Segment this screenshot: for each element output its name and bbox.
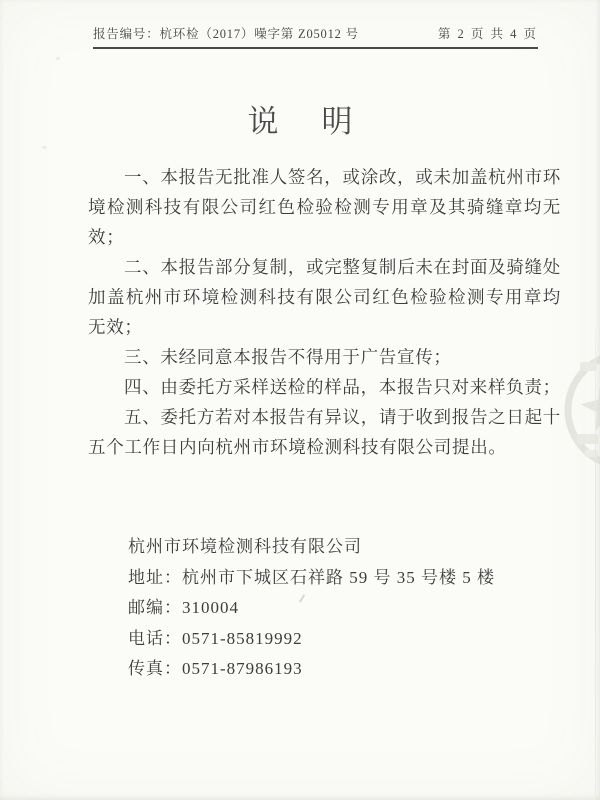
page-indicator: 第 2 页 共 4 页 [438,24,538,42]
notes-body: 一、本报告无批准人签名，或涂改，或未加盖杭州市环境检测科技有限公司红色检验检测专… [88,162,561,462]
note-paragraph-4: 四、由委托方采样送检的样品，本报告只对来样负责； [88,372,561,402]
scan-edge-line [595,330,596,800]
note-paragraph-1: 一、本报告无批准人签名，或涂改，或未加盖杭州市环境检测科技有限公司红色检验检测专… [88,162,561,252]
note-paragraph-2: 二、本报告部分复制，或完整复制后未在封面及骑缝处加盖杭州市环境检测科技有限公司红… [88,252,561,342]
postal-code-line: 邮编：310004 [128,593,495,624]
scan-speck [56,57,60,60]
fax-line: 传真：0571-87986193 [128,654,495,685]
company-name: 杭州市环境检测科技有限公司 [128,532,495,563]
page-title: 说 明 [0,96,600,141]
note-paragraph-5: 五、委托方若对本报告有异议，请于收到报告之日起十五个工作日内向杭州市环境检测科技… [88,402,561,462]
report-number: 报告编号：杭环检（2017）噪字第 Z05012 号 [93,24,359,42]
note-paragraph-3: 三、未经同意本报告不得用于广告宣传； [88,342,561,372]
scan-speck [42,146,47,149]
page-header: 报告编号：杭环检（2017）噪字第 Z05012 号 第 2 页 共 4 页 [93,24,538,49]
scanned-report-page: 报告编号：杭环检（2017）噪字第 Z05012 号 第 2 页 共 4 页 说… [0,0,600,800]
contact-block: 杭州市环境检测科技有限公司 地址：杭州市下城区石祥路 59 号 35 号楼 5 … [128,532,495,685]
address-line: 地址：杭州市下城区石祥路 59 号 35 号楼 5 楼 [128,563,495,594]
phone-line: 电话：0571-85819992 [128,624,495,655]
